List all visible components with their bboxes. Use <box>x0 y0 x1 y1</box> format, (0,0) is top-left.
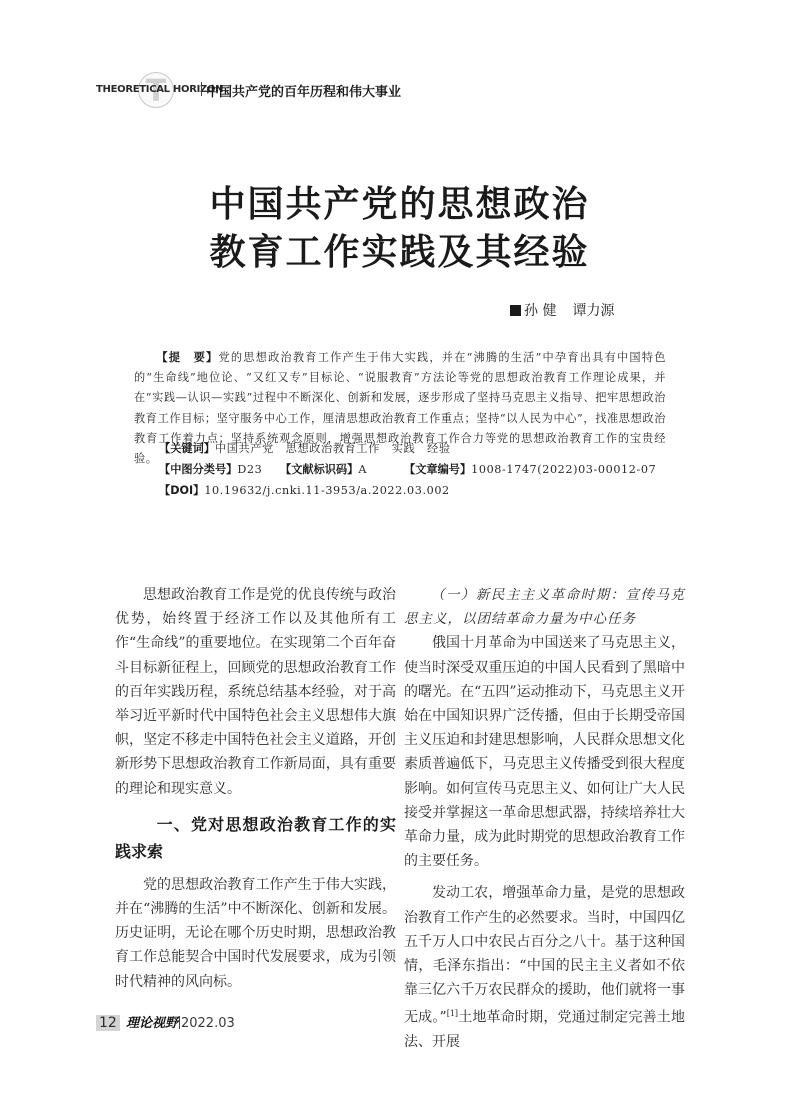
author-byline: 孙 健谭力源 <box>510 300 614 320</box>
running-header: T THEORETICAL HORIZON 中国共产党的百年历程和伟大事业 <box>96 70 496 110</box>
article-no-label: 【文章编号】 <box>404 463 471 476</box>
clc-value: D23 <box>237 463 262 476</box>
keywords-label: 【关键词】 <box>159 442 215 455</box>
subsection-heading-1: （一）新民主主义革命时期：宣传马克思主义，以团结革命力量为中心任务 <box>404 583 685 631</box>
body-column-right: （一）新民主主义革命时期：宣传马克思主义，以团结革命力量为中心任务 俄国十月革命… <box>404 583 685 1055</box>
footer-divider <box>179 1016 180 1029</box>
issue-date: 2022.03 <box>181 1016 235 1031</box>
header-divider <box>201 82 202 96</box>
keywords-row: 【关键词】中国共产党 思想政治教育工作 实践 经验 <box>159 440 451 456</box>
journal-name: 理论视野 <box>126 1016 178 1031</box>
page-footer: 12 理论视野2022.03 <box>96 1012 235 1031</box>
doc-code-value: A <box>358 463 367 476</box>
doi-row: 【DOI】10.19632/j.cnki.11-3953/a.2022.03.0… <box>159 482 450 498</box>
section-name-cn: 中国共产党的百年历程和伟大事业 <box>206 81 401 100</box>
intro-paragraph: 思想政治教育工作是党的优良传统与政治优势，始终置于经济工作以及其他所有工作“生命… <box>115 583 396 801</box>
abstract-label: 【提 要】 <box>156 351 218 364</box>
subsection-paragraph-2: 发动工农，增强革命力量，是党的思想政治教育工作产生的必然要求。当时，中国四亿五千… <box>404 881 685 1054</box>
doi-label: 【DOI】 <box>159 484 204 497</box>
doc-code-label: 【文献标识码】 <box>280 463 358 476</box>
section-1-paragraph: 党的思想政治教育工作产生于伟大实践，并在“沸腾的生活”中不断深化、创新和发展。历… <box>115 873 396 994</box>
clc-label: 【中图分类号】 <box>159 463 237 476</box>
section-heading-1: 一、党对思想政治教育工作的实践求索 <box>115 811 396 865</box>
section-name-en: THEORETICAL HORIZON <box>96 84 223 95</box>
article-title-line-2: 教育工作实践及其经验 <box>0 224 799 275</box>
citation-ref: [1] <box>447 1009 458 1018</box>
article-no-value: 1008-1747(2022)03-00012-07 <box>471 463 656 476</box>
keywords-value: 中国共产党 思想政治教育工作 实践 经验 <box>215 442 451 455</box>
square-bullet-icon <box>510 305 521 316</box>
body-column-left: 思想政治教育工作是党的优良传统与政治优势，始终置于经济工作以及其他所有工作“生命… <box>115 583 396 994</box>
article-title-line-1: 中国共产党的思想政治 <box>0 176 799 227</box>
author-1: 孙 健 <box>524 303 556 319</box>
doi-value: 10.19632/j.cnki.11-3953/a.2022.03.002 <box>204 484 449 497</box>
author-2: 谭力源 <box>572 303 614 319</box>
page-number: 12 <box>96 1015 120 1031</box>
classification-row: 【中图分类号】D23【文献标识码】A【文章编号】1008-1747(2022)0… <box>159 461 656 477</box>
subsection-paragraph-1: 俄国十月革命为中国送来了马克思主义，使当时深受双重压迫的中国人民看到了黑暗中的曙… <box>404 631 685 873</box>
